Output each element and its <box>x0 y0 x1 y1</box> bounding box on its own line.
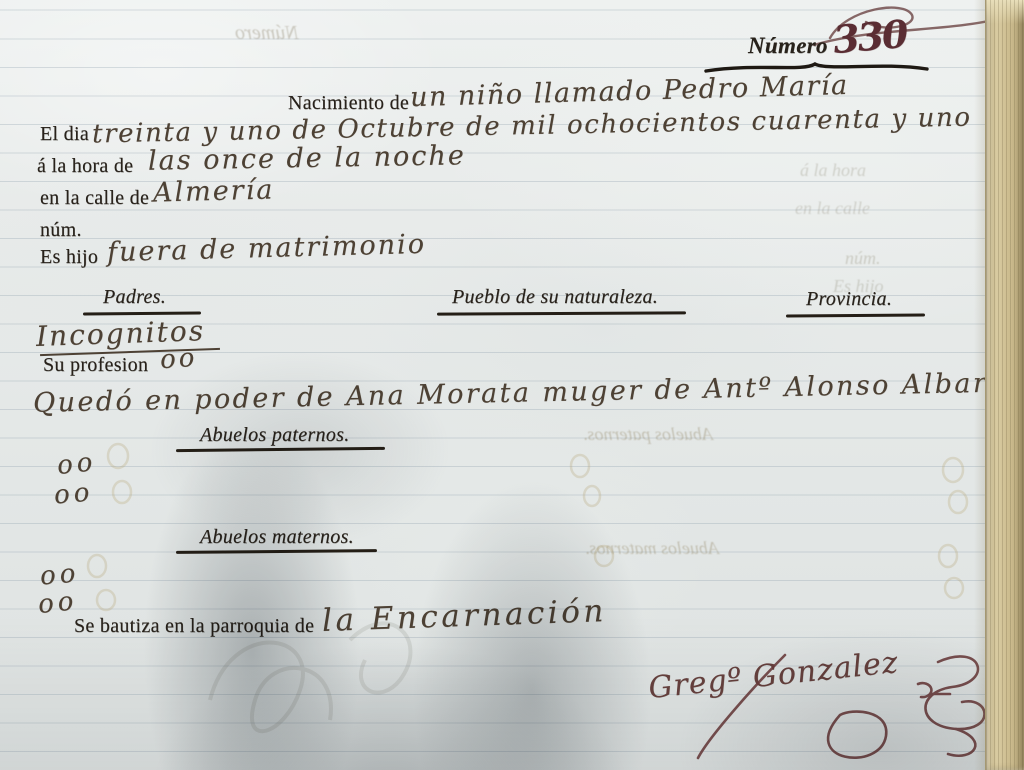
book-page-edges <box>985 0 1024 770</box>
register-page: Número á la hora en la calle núm. Es hij… <box>0 0 1024 770</box>
numero-label: Número <box>748 33 828 59</box>
abuelos-maternos-ditto-2: oo <box>37 586 79 620</box>
column-padres-label: Padres. <box>103 286 166 309</box>
abuelos-paternos-label: Abuelos paternos. <box>200 424 350 447</box>
dia-label: El dia <box>40 123 89 146</box>
num-label: núm. <box>40 219 82 242</box>
abuelos-paternos-ditto-2: oo <box>53 477 95 510</box>
ghost-calle: en la calle <box>795 198 870 219</box>
abuelos-paternos-ditto-1: oo <box>56 447 98 481</box>
pueblo-underline <box>437 311 686 315</box>
signature-name: Gregº Gonzalez <box>647 645 900 706</box>
bautizo-label: Se bautiza en la parroquia de <box>74 615 314 638</box>
nacimiento-label: Nacimiento de <box>288 92 409 115</box>
numero-value: 330 <box>831 11 908 62</box>
hijo-label: Es hijo <box>40 246 98 269</box>
profesion-label: Su profesion <box>43 354 148 377</box>
abuelos-paternos-underline <box>176 447 385 452</box>
profesion-value: oo <box>159 343 198 376</box>
abuelos-maternos-label: Abuelos maternos. <box>200 526 354 549</box>
custody-line: Quedó en poder de Ana Morata muger de An… <box>33 366 1024 419</box>
ghost-numero: Número <box>235 22 299 45</box>
column-pueblo-label: Pueblo de su naturaleza. <box>452 286 658 309</box>
ghost-abuelos-paternos: Abuelos paternos. <box>583 424 713 445</box>
provincia-underline <box>786 314 925 318</box>
ghost-hora: á la hora <box>800 160 866 181</box>
bautizo-value: la Encarnación <box>321 593 607 639</box>
ghost-num: núm. <box>845 248 881 269</box>
hora-label: á la hora de <box>37 155 133 178</box>
ghost-abuelos-maternos: Abuelos maternos. <box>585 538 719 559</box>
abuelos-maternos-underline <box>176 549 377 554</box>
calle-value: Almería <box>153 174 275 208</box>
hijo-value: fuera de matrimonio <box>107 229 427 268</box>
calle-label: en la calle de <box>40 187 149 210</box>
hora-value: las once de la noche <box>148 140 466 177</box>
column-provincia-label: Provincia. <box>806 288 892 311</box>
